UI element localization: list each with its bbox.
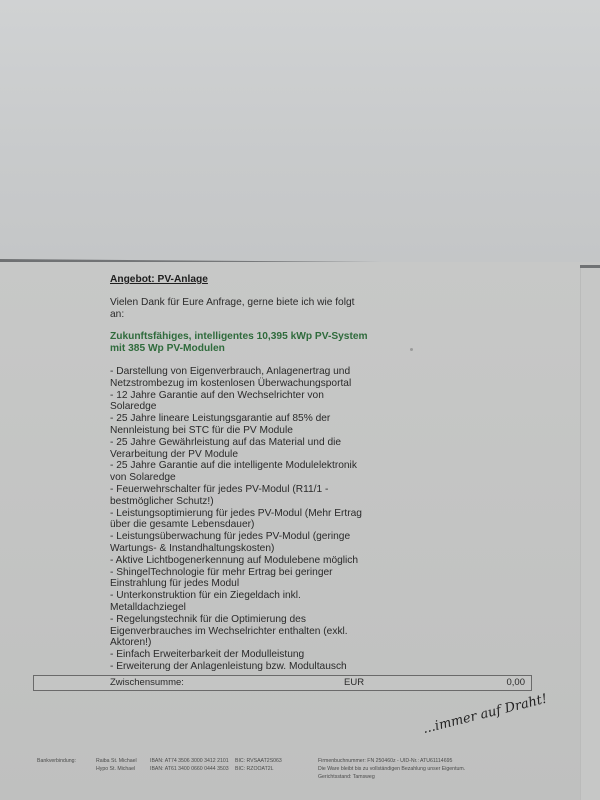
- bank-label: Bankverbindung:: [37, 757, 76, 765]
- bank-name: Raiba St. Michael: [96, 757, 137, 765]
- paper-edge-right: [580, 268, 600, 800]
- iban: IBAN: AT61 3400 0660 0444 3503: [150, 765, 229, 773]
- subtotal-label: Zwischensumme:: [110, 677, 184, 688]
- company-info: Firmenbuchnummer: FN 250460z - UID-Nr.: …: [318, 757, 465, 781]
- feature-item: - Unterkonstruktion für ein Ziegeldach i…: [110, 590, 370, 614]
- subtotal-value: 0,00: [507, 677, 526, 688]
- bank-bics: BIC: RVSAAT2S063 BIC: RZOOAT2L: [235, 757, 282, 773]
- company-line: Firmenbuchnummer: FN 250460z - UID-Nr.: …: [318, 757, 465, 765]
- bank-name: Hypo St. Michael: [96, 765, 137, 773]
- offer-content: Angebot: PV-Anlage Vielen Dank für Eure …: [110, 274, 370, 673]
- company-line: Gerichtsstand: Tamsweg: [318, 773, 465, 781]
- system-headline: Zukunftsfähiges, intelligentes 10,395 kW…: [110, 331, 370, 355]
- company-line: Die Ware bleibt bis zu vollständigen Bez…: [318, 765, 465, 773]
- feature-item: - Erweiterung der Anlagenleistung bzw. M…: [110, 661, 370, 673]
- paper-mark: [410, 348, 413, 351]
- feature-item: - 25 Jahre Garantie auf die intelligente…: [110, 460, 370, 484]
- feature-item: - Regelungstechnik für die Optimierung d…: [110, 614, 370, 649]
- feature-item: - 25 Jahre Gewährleistung auf das Materi…: [110, 437, 370, 461]
- subtotal-currency: EUR: [344, 677, 364, 688]
- feature-item: - Leistungsoptimierung für jedes PV-Modu…: [110, 508, 370, 532]
- paper-edge-right-top: [580, 265, 600, 268]
- bank-names: Raiba St. Michael Hypo St. Michael: [96, 757, 137, 773]
- feature-list: - Darstellung von Eigenverbrauch, Anlage…: [110, 366, 370, 673]
- iban: IBAN: AT74 3506 3000 3412 2101: [150, 757, 229, 765]
- feature-item: - ShingelTechnologie für mehr Ertrag bei…: [110, 567, 370, 591]
- feature-item: - Aktive Lichtbogenerkennung auf Moduleb…: [110, 555, 370, 567]
- bic: BIC: RVSAAT2S063: [235, 757, 282, 765]
- background-sheet: [0, 0, 600, 262]
- feature-item: - 12 Jahre Garantie auf den Wechselricht…: [110, 390, 370, 414]
- feature-item: - Feuerwehrschalter für jedes PV-Modul (…: [110, 484, 370, 508]
- feature-item: - Leistungsüberwachung für jedes PV-Modu…: [110, 531, 370, 555]
- intro-text: Vielen Dank für Eure Anfrage, gerne biet…: [110, 297, 370, 321]
- bank-ibans: IBAN: AT74 3506 3000 3412 2101 IBAN: AT6…: [150, 757, 229, 773]
- feature-item: - Einfach Erweiterbarkeit der Modulleist…: [110, 649, 370, 661]
- feature-item: - 25 Jahre lineare Leistungsgarantie auf…: [110, 413, 370, 437]
- feature-item: - Darstellung von Eigenverbrauch, Anlage…: [110, 366, 370, 390]
- offer-title: Angebot: PV-Anlage: [110, 274, 370, 286]
- subtotal-row: Zwischensumme: EUR 0,00: [33, 675, 532, 691]
- bic: BIC: RZOOAT2L: [235, 765, 282, 773]
